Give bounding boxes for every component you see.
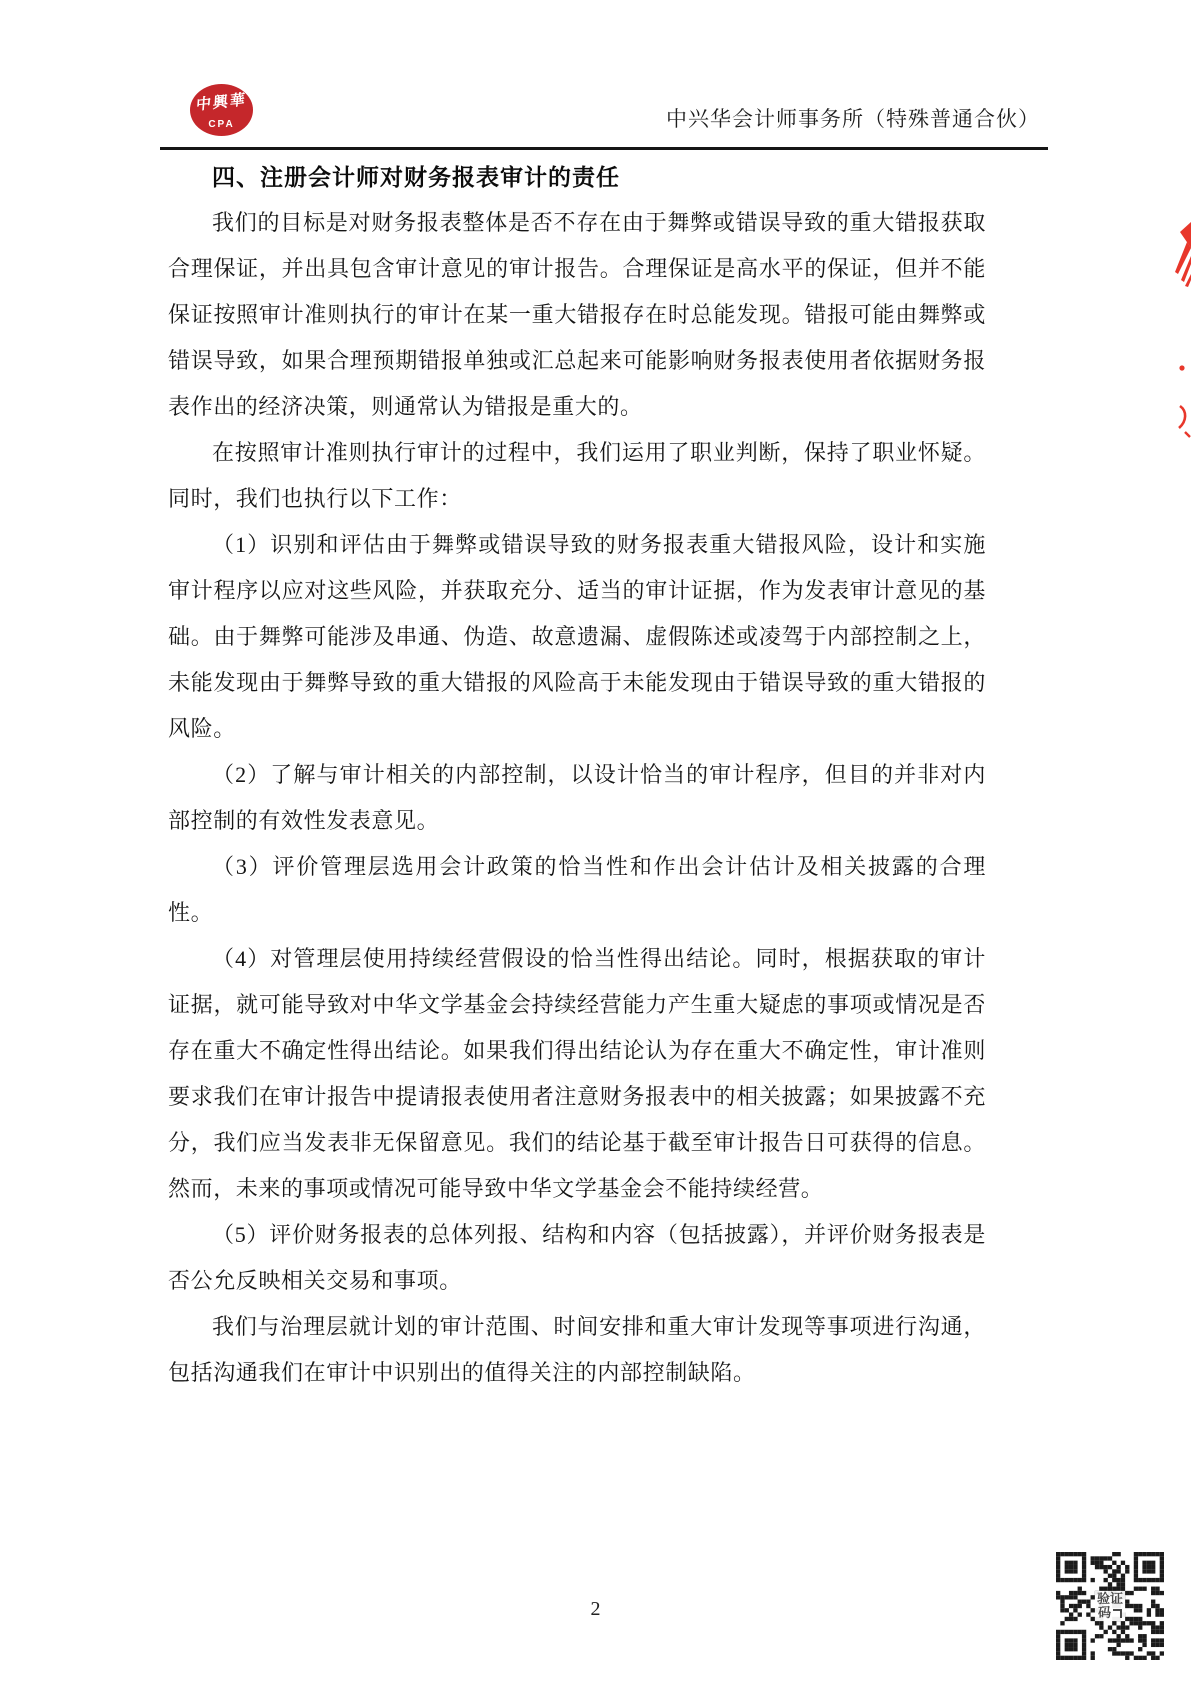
body-paragraph: （1）识别和评估由于舞弊或错误导致的财务报表重大错报风险，设计和实施审计程序以应… bbox=[168, 522, 986, 752]
page-number: 2 bbox=[0, 1598, 1191, 1621]
body-paragraph: （5）评价财务报表的总体列报、结构和内容（包括披露），并评价财务报表是否公允反映… bbox=[168, 1212, 986, 1304]
report-page: 中興華 CPA 中兴华会计师事务所（特殊普通合伙） 四、注册会计师对财务报表审计… bbox=[0, 0, 1191, 1684]
section-title: 四、注册会计师对财务报表审计的责任 bbox=[168, 154, 986, 200]
firm-logo: 中興華 CPA bbox=[190, 84, 253, 136]
red-seal-fragment bbox=[1173, 220, 1191, 440]
body-paragraph: 我们与治理层就计划的审计范围、时间安排和重大审计发现等事项进行沟通，包括沟通我们… bbox=[168, 1304, 986, 1396]
body-paragraph: （3）评价管理层选用会计政策的恰当性和作出会计估计及相关披露的合理性。 bbox=[168, 844, 986, 936]
body-paragraph: （2）了解与审计相关的内部控制，以设计恰当的审计程序，但目的并非对内部控制的有效… bbox=[168, 752, 986, 844]
firm-logo-cpa-label: CPA bbox=[190, 119, 253, 130]
header-divider bbox=[160, 147, 1048, 150]
body-paragraph: 我们的目标是对财务报表整体是否不存在由于舞弊或错误导致的重大错报获取合理保证，并… bbox=[168, 200, 986, 430]
document-body: 四、注册会计师对财务报表审计的责任 我们的目标是对财务报表整体是否不存在由于舞弊… bbox=[168, 154, 986, 1396]
firm-logo-calligraphy: 中興華 bbox=[189, 88, 253, 116]
header-firm-name: 中兴华会计师事务所（特殊普通合伙） bbox=[666, 103, 1040, 133]
body-paragraph: （4）对管理层使用持续经营假设的恰当性得出结论。同时，根据获取的审计证据，就可能… bbox=[168, 936, 986, 1212]
body-paragraph: 在按照审计准则执行审计的过程中，我们运用了职业判断，保持了职业怀疑。同时，我们也… bbox=[168, 430, 986, 522]
